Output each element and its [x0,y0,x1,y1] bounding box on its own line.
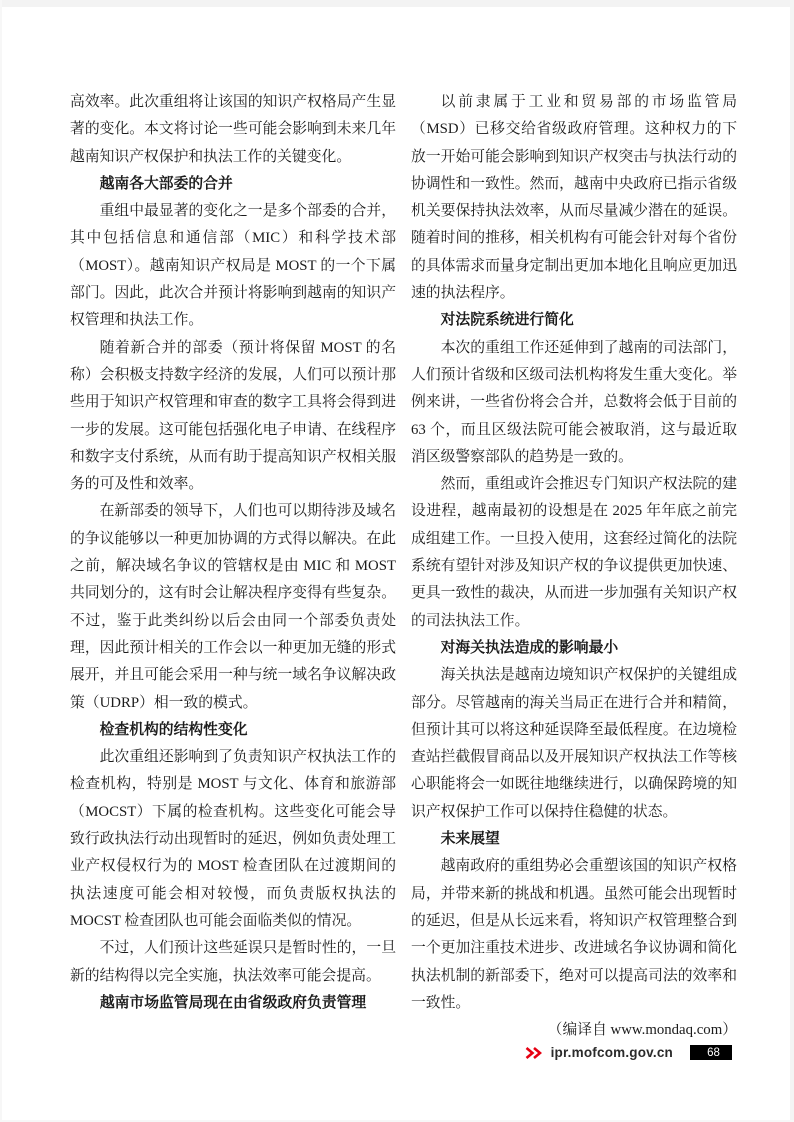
paragraph: 然而，重组或许会推迟专门知识产权法院的建设进程，越南最初的设想是在 2025 年… [411,471,737,635]
page-number-badge: 68 [690,1045,732,1060]
paragraph: 不过，人们预计这些延误只是暂时性的，一旦新的结构得以完全实施，执法效率可能会提高… [70,935,396,990]
section-heading: 越南市场监管局现在由省级政府负责管理 [70,990,396,1017]
article-body: 高效率。此次重组将让该国的知识产权格局产生显著的变化。本文将讨论一些可能会影响到… [70,89,738,1044]
section-heading: 对法院系统进行简化 [411,307,737,334]
section-heading: 检查机构的结构性变化 [70,717,396,744]
paragraph: 越南政府的重组势必会重塑该国的知识产权格局，并带来新的挑战和机遇。虽然可能会出现… [411,853,737,1017]
paragraph: 在新部委的领导下，人们也可以期待涉及域名的争议能够以一种更加协调的方式得以解决。… [70,498,396,716]
paragraph: 以前隶属于工业和贸易部的市场监管局（MSD）已移交给省级政府管理。这种权力的下放… [411,89,737,307]
page-number: 68 [707,1047,720,1059]
paragraph: 本次的重组工作还延伸到了越南的司法部门，人们预计省级和区级司法机构将发生重大变化… [411,335,737,471]
section-heading: 对海关执法造成的影响最小 [411,635,737,662]
paragraph: 此次重组还影响到了负责知识产权执法工作的检查机构，特别是 MOST 与文化、体育… [70,744,396,935]
paragraph: 高效率。此次重组将让该国的知识产权格局产生显著的变化。本文将讨论一些可能会影响到… [70,89,396,171]
paragraph: 海关执法是越南边境知识产权保护的关键组成部分。尽管越南的海关当局正在进行合并和精… [411,662,737,826]
left-column: 高效率。此次重组将让该国的知识产权格局产生显著的变化。本文将讨论一些可能会影响到… [70,89,396,1044]
scan-edge-right [790,0,794,1122]
section-heading: 未来展望 [411,826,737,853]
scan-edge-top [0,0,794,7]
right-column: 以前隶属于工业和贸易部的市场监管局（MSD）已移交给省级政府管理。这种权力的下放… [411,89,737,1044]
double-right-arrow-icon [525,1047,542,1059]
section-heading: 越南各大部委的合并 [70,171,396,198]
paragraph: 重组中最显著的变化之一是多个部委的合并，其中包括信息和通信部（MIC）和科学技术… [70,198,396,334]
footer-site-url: ipr.mofcom.gov.cn [551,1045,673,1060]
scan-edge-left [0,0,2,1122]
page-footer: ipr.mofcom.gov.cn 68 [525,1045,732,1060]
document-page: 高效率。此次重组将让该国的知识产权格局产生显著的变化。本文将讨论一些可能会影响到… [0,0,794,1122]
paragraph: 随着新合并的部委（预计将保留 MOST 的名称）会积极支持数字经济的发展，人们可… [70,335,396,499]
source-attribution: （编译自 www.mondaq.com） [411,1017,737,1044]
